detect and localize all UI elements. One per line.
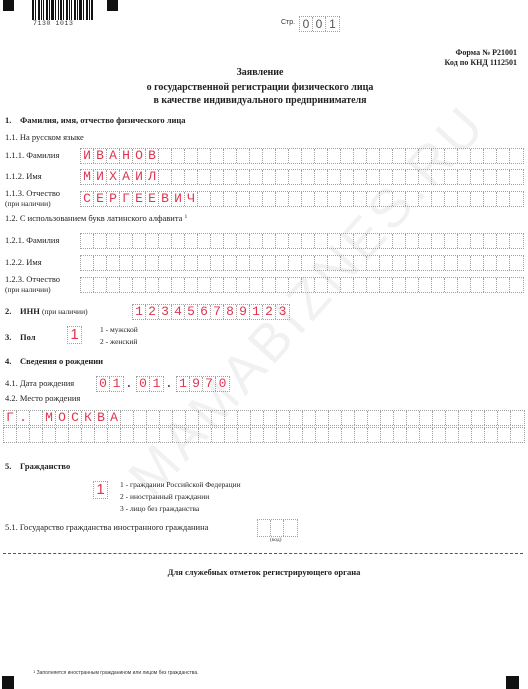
char-cell: 6: [198, 305, 211, 319]
char-cell: [211, 192, 224, 206]
char-cell: [238, 428, 251, 442]
char-cell: [134, 411, 147, 425]
name-ru-field[interactable]: МИХАИЛ: [80, 169, 524, 185]
name-lat-label: 1.2.2. Имя: [5, 257, 42, 267]
char-cell: М: [81, 170, 94, 184]
registration-mark-bottom-right: [506, 676, 519, 689]
char-cell: [121, 411, 134, 425]
char-cell: [328, 170, 341, 184]
char-cell: [381, 428, 394, 442]
char-cell: [17, 428, 30, 442]
char-cell: [484, 278, 497, 292]
gender-field[interactable]: 1: [67, 326, 82, 344]
form-page: MAMABIZNES.RU 7130 1013 Стр. 001 Форма №…: [0, 0, 528, 689]
char-cell: [30, 411, 43, 425]
char-cell: [264, 411, 277, 425]
char-cell: Г: [120, 192, 133, 206]
char-cell: [82, 428, 95, 442]
char-cell: [211, 170, 224, 184]
char-cell: [367, 170, 380, 184]
char-cell: [159, 149, 172, 163]
gender-option-1: 1 - мужской: [100, 325, 138, 335]
char-cell: [160, 428, 173, 442]
char-cell: [315, 170, 328, 184]
char-cell: Е: [94, 192, 107, 206]
char-cell: [284, 520, 297, 536]
char-cell: [380, 234, 393, 248]
char-cell: [212, 428, 225, 442]
char-cell: [211, 234, 224, 248]
char-cell: [419, 234, 432, 248]
char-cell: [445, 234, 458, 248]
char-cell: [302, 256, 315, 270]
char-cell: [510, 234, 523, 248]
char-cell: [445, 149, 458, 163]
char-cell: [497, 234, 510, 248]
char-cell: [250, 234, 263, 248]
char-cell: 0: [137, 377, 150, 391]
char-cell: [328, 278, 341, 292]
char-cell: [393, 278, 406, 292]
char-cell: [81, 234, 94, 248]
char-cell: [341, 256, 354, 270]
char-cell: [419, 192, 432, 206]
barcode-number: 7130 1013: [33, 20, 74, 27]
char-cell: [471, 149, 484, 163]
official-use-title: Для служебных отметок регистрирующего ор…: [4, 566, 524, 579]
char-cell: [263, 149, 276, 163]
char-cell: [458, 192, 471, 206]
char-cell: [328, 149, 341, 163]
patronymic-lat-label: 1.2.3. Отчество: [5, 274, 60, 284]
char-cell: [485, 428, 498, 442]
char-cell: [289, 192, 302, 206]
char-cell: 7: [211, 305, 224, 319]
char-cell: [510, 149, 523, 163]
char-cell: [380, 170, 393, 184]
char-cell: 4: [172, 305, 185, 319]
citizenship-option-3: 3 - лицо без гражданства: [120, 504, 199, 514]
char-cell: [290, 411, 303, 425]
char-cell: [354, 192, 367, 206]
char-cell: [43, 428, 56, 442]
char-cell: [406, 256, 419, 270]
form-number: Форма № Р21001: [455, 48, 517, 58]
char-cell: [289, 256, 302, 270]
char-cell: [380, 149, 393, 163]
char-cell: [237, 234, 250, 248]
char-cell: [224, 192, 237, 206]
citizenship-option-1: 1 - граждании Российской Федерации: [120, 480, 241, 490]
char-cell: 5: [185, 305, 198, 319]
char-cell: А: [107, 149, 120, 163]
char-cell: [108, 428, 121, 442]
char-cell: [497, 192, 510, 206]
char-cell: [69, 428, 82, 442]
char-cell: [510, 192, 523, 206]
char-cell: [237, 170, 250, 184]
char-cell: 9: [237, 305, 250, 319]
section3-title: Пол: [20, 332, 36, 342]
char-cell: [147, 411, 160, 425]
char-cell: [173, 411, 186, 425]
char-cell: [276, 192, 289, 206]
surname-ru-label: 1.1.1. Фамилия: [5, 150, 59, 160]
char-cell: [263, 256, 276, 270]
char-cell: [159, 278, 172, 292]
char-cell: [419, 170, 432, 184]
surname-lat-field[interactable]: [80, 233, 524, 249]
latin-subsection-label: 1.2. С использованием букв латинского ал…: [5, 213, 187, 223]
char-cell: [458, 234, 471, 248]
char-cell: [341, 149, 354, 163]
char-cell: С: [69, 411, 82, 425]
char-cell: [238, 411, 251, 425]
char-cell: [212, 411, 225, 425]
char-cell: А: [120, 170, 133, 184]
char-cell: [107, 234, 120, 248]
section2-title-wrap: ИНН (при наличии): [20, 306, 88, 317]
char-cell: 1: [68, 327, 81, 343]
char-cell: [459, 428, 472, 442]
char-cell: [355, 428, 368, 442]
char-cell: [81, 256, 94, 270]
registration-mark-top-right: [107, 0, 118, 11]
char-cell: 3: [276, 305, 289, 319]
char-cell: 1: [133, 305, 146, 319]
char-cell: [211, 256, 224, 270]
char-cell: [198, 256, 211, 270]
char-cell: [484, 170, 497, 184]
char-cell: [393, 234, 406, 248]
footnote-mark: 1: [185, 214, 188, 220]
birth-place-field-line2[interactable]: [3, 427, 525, 443]
char-cell: [185, 170, 198, 184]
char-cell: [237, 192, 250, 206]
code-caption: (код): [270, 537, 281, 543]
char-cell: 0: [313, 17, 326, 31]
char-cell: [134, 428, 147, 442]
foreign-state-code-field[interactable]: [257, 519, 298, 537]
char-cell: [250, 256, 263, 270]
date-separator-2: .: [165, 377, 173, 391]
birth-month-field[interactable]: 01: [136, 376, 164, 392]
russian-subsection-label: 1.1. На русском языке: [5, 132, 84, 142]
char-cell: Ч: [185, 192, 198, 206]
char-cell: [367, 256, 380, 270]
char-cell: [406, 234, 419, 248]
char-cell: [484, 256, 497, 270]
section5-number: 5.: [5, 461, 11, 471]
char-cell: [146, 234, 159, 248]
char-cell: [263, 234, 276, 248]
char-cell: [237, 256, 250, 270]
char-cell: [433, 411, 446, 425]
char-cell: [472, 428, 485, 442]
char-cell: [302, 170, 315, 184]
char-cell: И: [133, 170, 146, 184]
char-cell: [471, 192, 484, 206]
char-cell: [95, 428, 108, 442]
latin-subsection-text: 1.2. С использованием букв латинского ал…: [5, 213, 182, 223]
char-cell: .: [17, 411, 30, 425]
char-cell: [251, 411, 264, 425]
citizenship-field[interactable]: 1: [93, 481, 108, 499]
watermark: MAMABIZNES.RU: [116, 154, 443, 508]
char-cell: 1: [326, 17, 339, 31]
char-cell: [406, 278, 419, 292]
birth-day-field[interactable]: 01: [96, 376, 124, 392]
char-cell: 1: [177, 377, 190, 391]
char-cell: [303, 411, 316, 425]
char-cell: [186, 411, 199, 425]
char-cell: [446, 411, 459, 425]
char-cell: И: [172, 192, 185, 206]
char-cell: [420, 428, 433, 442]
birth-place-label: 4.2. Место рождения: [5, 393, 80, 403]
char-cell: [329, 411, 342, 425]
char-cell: [485, 411, 498, 425]
char-cell: [315, 234, 328, 248]
char-cell: [419, 278, 432, 292]
char-cell: [211, 278, 224, 292]
char-cell: [172, 278, 185, 292]
char-cell: [471, 234, 484, 248]
char-cell: Е: [133, 192, 146, 206]
char-cell: [276, 278, 289, 292]
char-cell: [94, 278, 107, 292]
char-cell: С: [81, 192, 94, 206]
char-cell: [303, 428, 316, 442]
char-cell: [185, 149, 198, 163]
char-cell: [185, 256, 198, 270]
char-cell: [237, 149, 250, 163]
char-cell: [393, 149, 406, 163]
char-cell: [94, 234, 107, 248]
document-subtitle-line2: в качестве индивидуального предпринимате…: [0, 94, 520, 107]
char-cell: Л: [146, 170, 159, 184]
char-cell: [432, 256, 445, 270]
char-cell: М: [43, 411, 56, 425]
foreign-state-label: 5.1. Государство гражданства иностранног…: [5, 522, 208, 532]
section2-title: ИНН: [20, 306, 40, 316]
char-cell: [146, 256, 159, 270]
char-cell: [250, 149, 263, 163]
char-cell: [185, 234, 198, 248]
footnote-number: 1: [33, 669, 35, 674]
char-cell: [107, 278, 120, 292]
inn-field[interactable]: 123456789123: [132, 304, 290, 320]
char-cell: [316, 428, 329, 442]
char-cell: [133, 278, 146, 292]
char-cell: [458, 256, 471, 270]
char-cell: [277, 428, 290, 442]
char-cell: [120, 278, 133, 292]
char-cell: [224, 278, 237, 292]
char-cell: [367, 192, 380, 206]
char-cell: [289, 170, 302, 184]
patronymic-ru-field[interactable]: СЕРГЕЕВИЧ: [80, 191, 524, 207]
footnote: 1 Заполняется иностранным гражданином ил…: [33, 670, 199, 676]
char-cell: [445, 170, 458, 184]
char-cell: [199, 411, 212, 425]
char-cell: [120, 256, 133, 270]
char-cell: [380, 278, 393, 292]
char-cell: [497, 149, 510, 163]
char-cell: 9: [190, 377, 203, 391]
char-cell: [419, 149, 432, 163]
char-cell: [172, 256, 185, 270]
char-cell: [341, 192, 354, 206]
page-number-field: 001: [299, 16, 340, 32]
char-cell: [302, 149, 315, 163]
char-cell: 1: [250, 305, 263, 319]
char-cell: [94, 256, 107, 270]
char-cell: [472, 411, 485, 425]
char-cell: [510, 170, 523, 184]
birth-year-field[interactable]: 1970: [176, 376, 230, 392]
char-cell: В: [94, 149, 107, 163]
char-cell: [251, 428, 264, 442]
name-ru-label: 1.1.2. Имя: [5, 171, 42, 181]
char-cell: [497, 278, 510, 292]
char-cell: [276, 170, 289, 184]
registration-mark-bottom-left: [2, 676, 14, 689]
char-cell: [329, 428, 342, 442]
document-subtitle-line1: о государственной регистрации физическог…: [0, 81, 520, 94]
char-cell: [107, 256, 120, 270]
char-cell: [328, 256, 341, 270]
document-title: Заявление: [0, 66, 520, 79]
char-cell: [368, 411, 381, 425]
char-cell: [419, 256, 432, 270]
char-cell: [56, 428, 69, 442]
char-cell: [484, 234, 497, 248]
char-cell: В: [159, 192, 172, 206]
char-cell: [224, 234, 237, 248]
char-cell: [498, 411, 511, 425]
birth-place-field-line1[interactable]: Г.МОСКВА: [3, 410, 525, 426]
surname-ru-field[interactable]: ИВАНОВ: [80, 148, 524, 164]
char-cell: [263, 192, 276, 206]
char-cell: [380, 256, 393, 270]
char-cell: [446, 428, 459, 442]
char-cell: [302, 234, 315, 248]
char-cell: [420, 411, 433, 425]
char-cell: И: [81, 149, 94, 163]
char-cell: [30, 428, 43, 442]
char-cell: [328, 192, 341, 206]
char-cell: [510, 256, 523, 270]
char-cell: [302, 192, 315, 206]
char-cell: И: [94, 170, 107, 184]
char-cell: [445, 278, 458, 292]
char-cell: [133, 256, 146, 270]
char-cell: В: [95, 411, 108, 425]
date-separator-1: .: [125, 377, 133, 391]
char-cell: [146, 278, 159, 292]
char-cell: [276, 234, 289, 248]
char-cell: [471, 170, 484, 184]
char-cell: 0: [216, 377, 229, 391]
char-cell: [147, 428, 160, 442]
citizenship-option-2: 2 - иностранный граждании: [120, 492, 209, 502]
patronymic-lat-field[interactable]: [80, 277, 524, 293]
char-cell: [263, 278, 276, 292]
char-cell: [289, 149, 302, 163]
official-separator: [3, 553, 523, 554]
char-cell: [172, 149, 185, 163]
char-cell: [250, 170, 263, 184]
char-cell: [341, 170, 354, 184]
char-cell: [120, 234, 133, 248]
char-cell: [354, 234, 367, 248]
char-cell: [250, 278, 263, 292]
char-cell: [271, 520, 284, 536]
char-cell: А: [108, 411, 121, 425]
char-cell: [172, 234, 185, 248]
char-cell: [511, 411, 524, 425]
char-cell: [198, 234, 211, 248]
char-cell: [133, 234, 146, 248]
char-cell: 0: [97, 377, 110, 391]
char-cell: 0: [300, 17, 313, 31]
char-cell: [393, 170, 406, 184]
char-cell: В: [146, 149, 159, 163]
char-cell: 2: [146, 305, 159, 319]
char-cell: [367, 278, 380, 292]
char-cell: 2: [263, 305, 276, 319]
footnote-text: Заполняется иностранным гражданином или …: [37, 670, 199, 676]
char-cell: [224, 256, 237, 270]
char-cell: [185, 278, 198, 292]
char-cell: 7: [203, 377, 216, 391]
char-cell: [199, 428, 212, 442]
char-cell: [354, 170, 367, 184]
char-cell: [198, 192, 211, 206]
char-cell: [315, 256, 328, 270]
char-cell: [315, 278, 328, 292]
char-cell: [445, 192, 458, 206]
char-cell: К: [82, 411, 95, 425]
name-lat-field[interactable]: [80, 255, 524, 271]
char-cell: [458, 170, 471, 184]
char-cell: [355, 411, 368, 425]
char-cell: [432, 278, 445, 292]
char-cell: [458, 278, 471, 292]
char-cell: [316, 411, 329, 425]
section2-note: (при наличии): [42, 307, 88, 316]
char-cell: [354, 149, 367, 163]
char-cell: [277, 411, 290, 425]
char-cell: [173, 428, 186, 442]
char-cell: [406, 170, 419, 184]
char-cell: [367, 149, 380, 163]
registration-mark-top-left: [3, 0, 14, 11]
char-cell: [432, 192, 445, 206]
char-cell: [289, 234, 302, 248]
char-cell: 3: [159, 305, 172, 319]
char-cell: [186, 428, 199, 442]
char-cell: [302, 278, 315, 292]
char-cell: [263, 170, 276, 184]
char-cell: [341, 278, 354, 292]
char-cell: [406, 149, 419, 163]
char-cell: [407, 411, 420, 425]
char-cell: [354, 278, 367, 292]
char-cell: О: [133, 149, 146, 163]
char-cell: [432, 170, 445, 184]
